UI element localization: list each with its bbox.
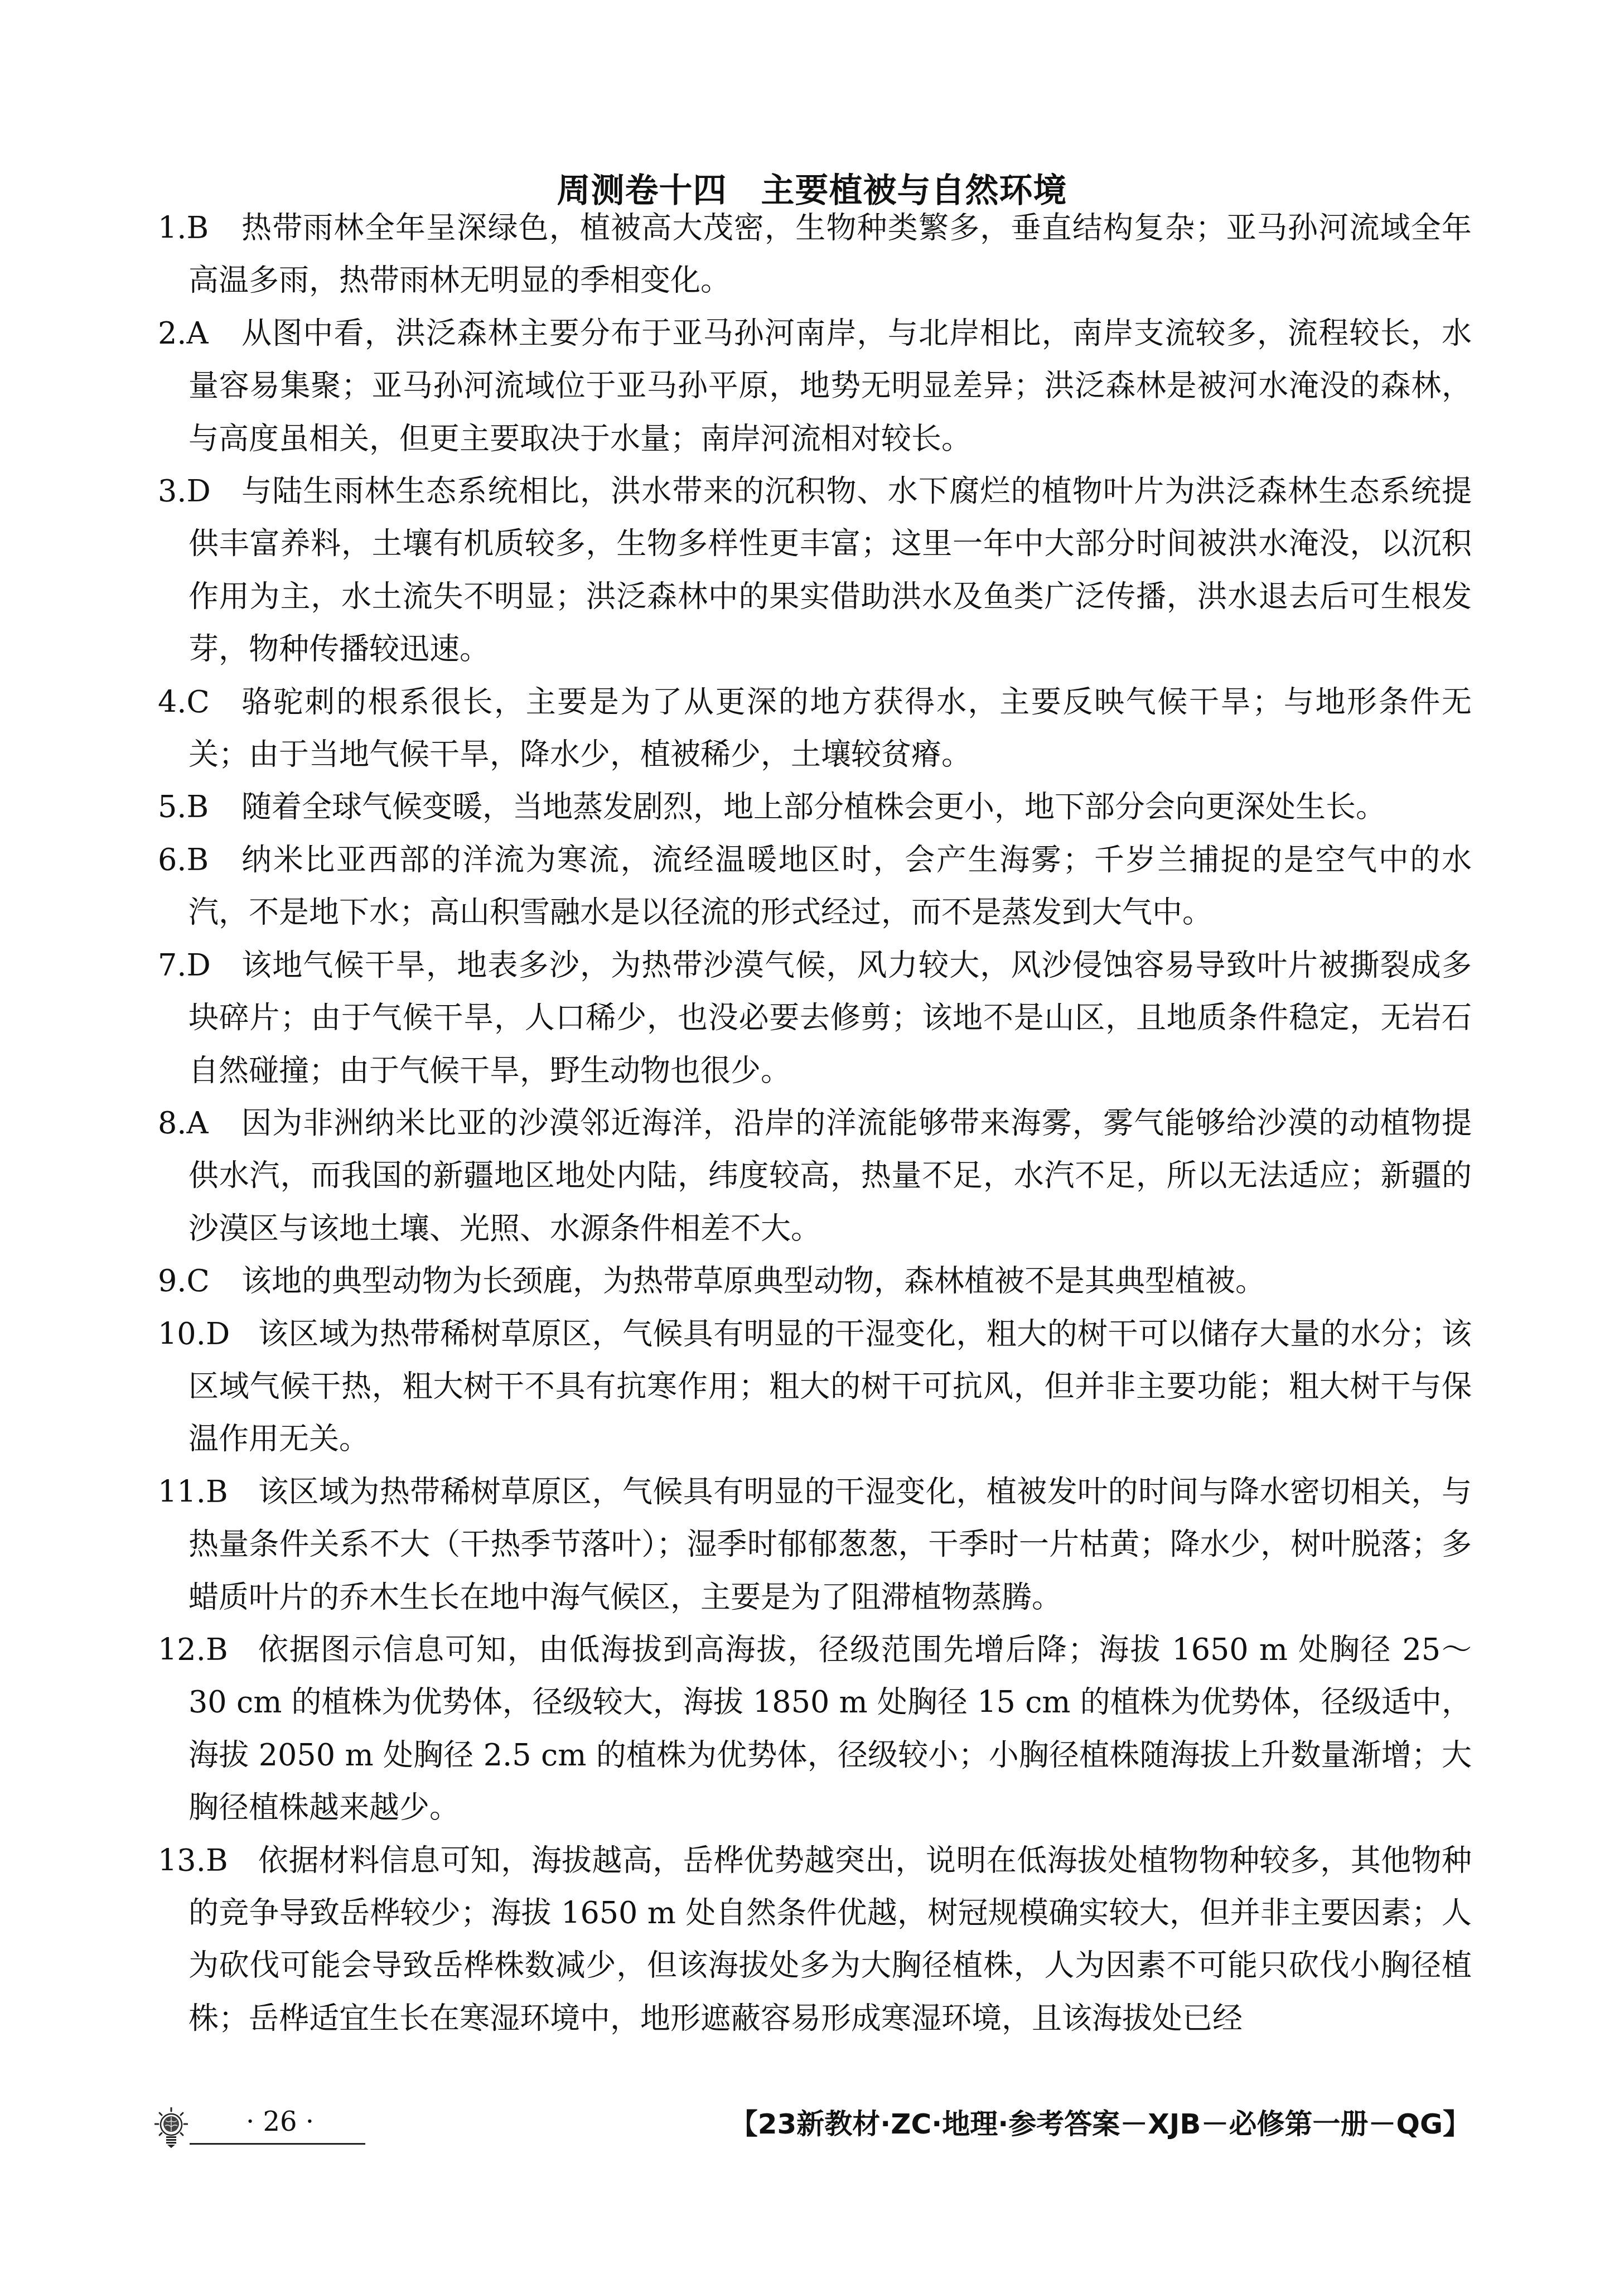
answer-explanation: 依据图示信息可知，由低海拔到高海拔，径级范围先增后降；海拔 1650 m 处胸径… bbox=[188, 1624, 1472, 1835]
answer-explanation: 该区域为热带稀树草原区，气候具有明显的干湿变化，植被发叶的时间与降水密切相关，与… bbox=[188, 1466, 1472, 1624]
answer-explanation: 依据材料信息可知，海拔越高，岳桦优势越突出，说明在低海拔处植物物种较多，其他物种… bbox=[188, 1835, 1472, 2045]
answer-explanation: 从图中看，洪泛森林主要分布于亚马孙河南岸，与北岸相比，南岸支流较多，流程较长，水… bbox=[188, 307, 1472, 465]
answer-number: 11.B bbox=[158, 1466, 241, 1518]
answer-item-8: 8.A 因为非洲纳米比亚的沙漠邻近海洋，沿岸的洋流能够带来海雾，雾气能够给沙漠的… bbox=[158, 1097, 1472, 1255]
answer-item-5: 5.B 随着全球气候变暖，当地蒸发剧烈，地上部分植株会更小，地下部分会向更深处生… bbox=[158, 781, 1472, 833]
book-label: 【23新教材·ZC·地理·参考答案－XJB－必修第一册－QG】 bbox=[730, 2106, 1471, 2142]
answer-item-9: 9.C 该地的典型动物为长颈鹿，为热带草原典型动物，森林植被不是其典型植被。 bbox=[158, 1255, 1472, 1307]
answer-item-12: 12.B 依据图示信息可知，由低海拔到高海拔，径级范围先增后降；海拔 1650 … bbox=[158, 1624, 1472, 1835]
answer-explanation: 因为非洲纳米比亚的沙漠邻近海洋，沿岸的洋流能够带来海雾，雾气能够给沙漠的动植物提… bbox=[188, 1097, 1472, 1255]
answer-number: 12.B bbox=[158, 1624, 241, 1676]
answer-number: 4.C bbox=[158, 676, 241, 728]
answer-item-6: 6.B 纳米比亚西部的洋流为寒流，流经温暖地区时，会产生海雾；千岁兰捕捉的是空气… bbox=[158, 834, 1472, 939]
page-footer-left: · 26 · bbox=[154, 2104, 378, 2151]
answer-explanation: 随着全球气候变暖，当地蒸发剧烈，地上部分植株会更小，地下部分会向更深处生长。 bbox=[188, 781, 1472, 833]
answer-item-13: 13.B 依据材料信息可知，海拔越高，岳桦优势越突出，说明在低海拔处植物物种较多… bbox=[158, 1835, 1472, 2045]
answer-explanation: 与陆生雨林生态系统相比，洪水带来的沉积物、水下腐烂的植物叶片为洪泛森林生态系统提… bbox=[188, 465, 1472, 676]
answer-list: 1.B 热带雨林全年呈深绿色，植被高大茂密，生物种类繁多，垂直结构复杂；亚马孙河… bbox=[158, 202, 1472, 2045]
answer-number: 10.D bbox=[158, 1308, 241, 1360]
answer-item-7: 7.D 该地气候干旱，地表多沙，为热带沙漠气候，风力较大，风沙侵蚀容易导致叶片被… bbox=[158, 939, 1472, 1097]
answer-item-1: 1.B 热带雨林全年呈深绿色，植被高大茂密，生物种类繁多，垂直结构复杂；亚马孙河… bbox=[158, 202, 1472, 307]
answer-number: 7.D bbox=[158, 939, 241, 992]
answer-explanation: 该地气候干旱，地表多沙，为热带沙漠气候，风力较大，风沙侵蚀容易导致叶片被撕裂成多… bbox=[188, 939, 1472, 1097]
answer-explanation: 热带雨林全年呈深绿色，植被高大茂密，生物种类繁多，垂直结构复杂；亚马孙河流域全年… bbox=[188, 202, 1472, 307]
answer-number: 1.B bbox=[158, 202, 241, 254]
answer-item-3: 3.D 与陆生雨林生态系统相比，洪水带来的沉积物、水下腐烂的植物叶片为洪泛森林生… bbox=[158, 465, 1472, 676]
answer-number: 2.A bbox=[158, 307, 241, 360]
answer-number: 13.B bbox=[158, 1835, 241, 1887]
answer-item-11: 11.B 该区域为热带稀树草原区，气候具有明显的干湿变化，植被发叶的时间与降水密… bbox=[158, 1466, 1472, 1624]
answer-number: 6.B bbox=[158, 834, 241, 886]
page-number-underline bbox=[190, 2143, 365, 2145]
answer-item-10: 10.D 该区域为热带稀树草原区，气候具有明显的干湿变化，粗大的树干可以储存大量… bbox=[158, 1308, 1472, 1466]
answer-explanation: 纳米比亚西部的洋流为寒流，流经温暖地区时，会产生海雾；千岁兰捕捉的是空气中的水汽… bbox=[188, 834, 1472, 939]
answer-number: 9.C bbox=[158, 1255, 241, 1307]
answer-number: 3.D bbox=[158, 465, 241, 518]
answer-explanation: 骆驼刺的根系很长，主要是为了从更深的地方获得水，主要反映气候干旱；与地形条件无关… bbox=[188, 676, 1472, 781]
answer-explanation: 该区域为热带稀树草原区，气候具有明显的干湿变化，粗大的树干可以储存大量的水分；该… bbox=[188, 1308, 1472, 1466]
lightbulb-brain-icon bbox=[154, 2107, 188, 2150]
answer-explanation: 该地的典型动物为长颈鹿，为热带草原典型动物，森林植被不是其典型植被。 bbox=[188, 1255, 1472, 1307]
answer-item-2: 2.A 从图中看，洪泛森林主要分布于亚马孙河南岸，与北岸相比，南岸支流较多，流程… bbox=[158, 307, 1472, 465]
page-number: · 26 · bbox=[210, 2104, 350, 2140]
answer-number: 8.A bbox=[158, 1097, 241, 1150]
answer-item-4: 4.C 骆驼刺的根系很长，主要是为了从更深的地方获得水，主要反映气候干旱；与地形… bbox=[158, 676, 1472, 781]
answer-number: 5.B bbox=[158, 781, 241, 833]
